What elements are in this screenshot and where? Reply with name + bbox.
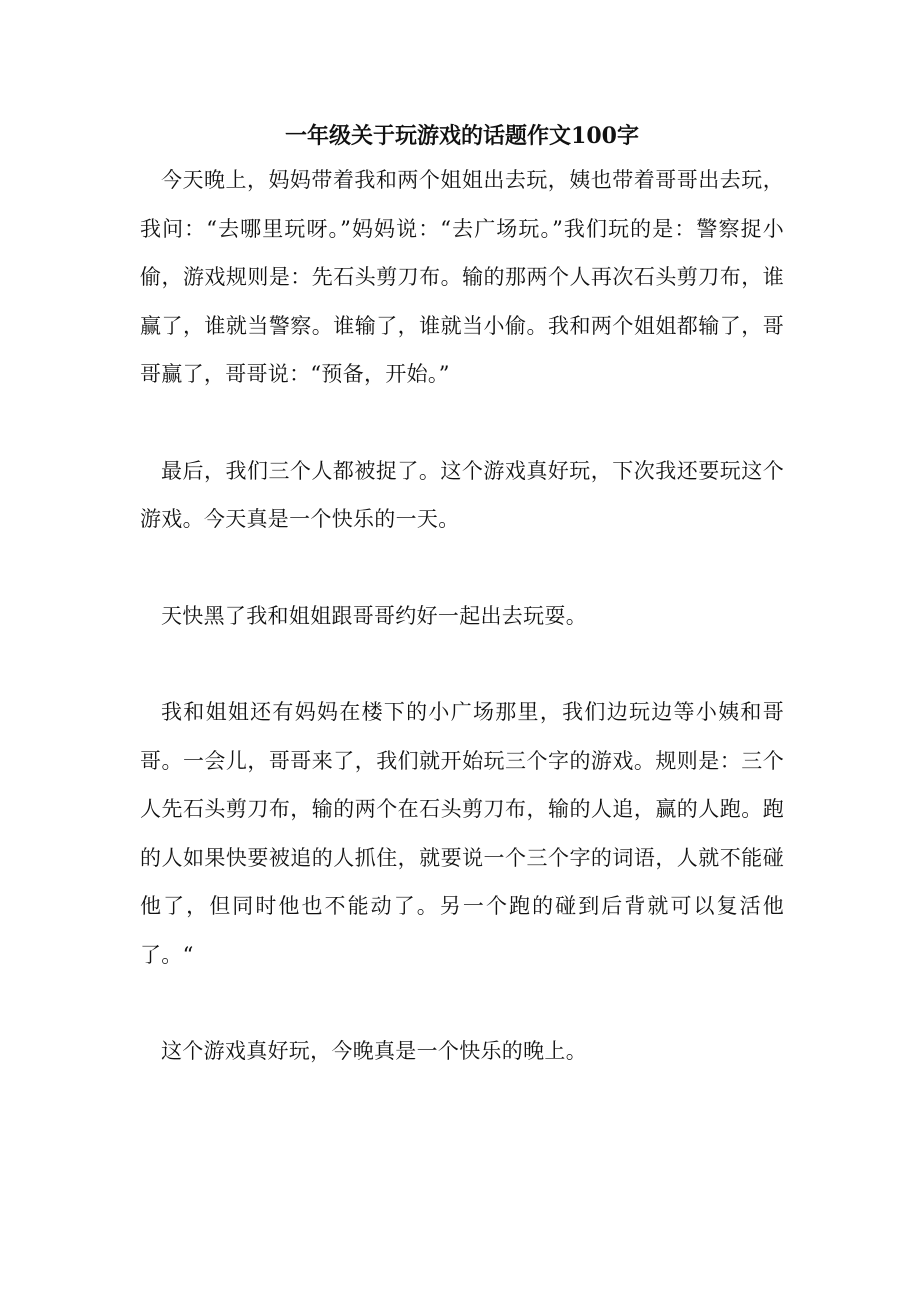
paragraph-5: 这个游戏真好玩，今晚真是一个快乐的晚上。	[140, 1027, 784, 1076]
paragraph-spacer	[140, 544, 784, 592]
document-page: 一年级关于玩游戏的话题作文100字 今天晚上，妈妈带着我和两个姐姐出去玩，姨也带…	[140, 116, 784, 1076]
paragraph-spacer	[140, 979, 784, 1027]
paragraph-3: 天快黑了我和姐姐跟哥哥约好一起出去玩耍。	[140, 592, 784, 641]
paragraph-spacer	[140, 640, 784, 688]
document-title: 一年级关于玩游戏的话题作文100字	[140, 116, 784, 156]
paragraph-spacer	[140, 399, 784, 447]
paragraph-1: 今天晚上，妈妈带着我和两个姐姐出去玩，姨也带着哥哥出去玩，我问：“去哪里玩呀。”…	[140, 156, 784, 399]
paragraph-4: 我和姐姐还有妈妈在楼下的小广场那里，我们边玩边等小姨和哥哥。一会儿，哥哥来了，我…	[140, 688, 784, 979]
paragraph-2: 最后，我们三个人都被捉了。这个游戏真好玩，下次我还要玩这个游戏。今天真是一个快乐…	[140, 447, 784, 544]
